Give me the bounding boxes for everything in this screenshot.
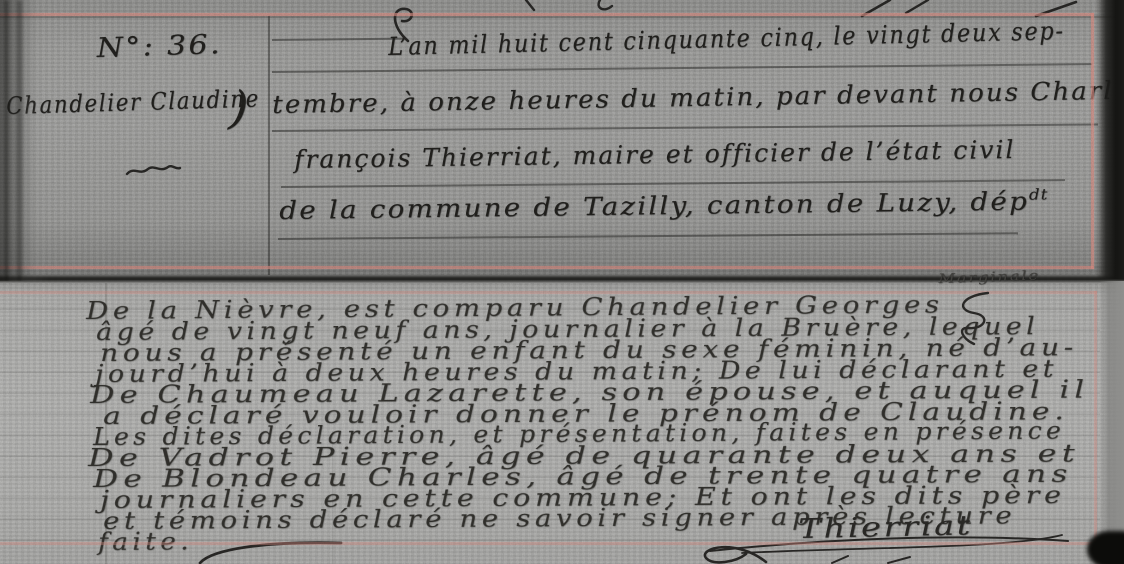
ink-marks-cut-bottom-edge	[828, 555, 918, 564]
margin-brace: )	[227, 80, 252, 136]
ruled-line	[272, 63, 1092, 72]
binding-streak	[5, 0, 8, 281]
ruled-line	[278, 232, 1018, 239]
highlight-frame-bottom	[0, 542, 1098, 545]
act-line-text: de la commune de Tazilly, canton de Luzy…	[279, 187, 1029, 225]
highlight-frame-right	[1094, 291, 1097, 546]
ink-flourish-paraph	[930, 290, 1000, 348]
superscript-abbreviation: dt	[1029, 185, 1049, 203]
binding-streak	[17, 0, 22, 281]
scan-gutter-black	[1096, 0, 1124, 279]
act-line: tembre, à onze heures du matin, par deva…	[272, 76, 1114, 119]
scan-strip-top: N°: 36. Chandelier Claudine ) L’an mil h…	[0, 0, 1124, 281]
margin-dash-mark	[124, 163, 184, 181]
highlight-frame-right	[1091, 13, 1094, 269]
act-line: françois Thierriat, maire et officier de…	[294, 135, 1016, 174]
ink-flourish-capital-swash	[384, 3, 428, 43]
ink-flourish-next-act	[688, 544, 778, 564]
margin-rule	[268, 16, 270, 281]
scan-gutter-gray	[1099, 281, 1124, 564]
act-line: L’an mil huit cent cinquante cinq, le vi…	[388, 16, 1065, 61]
scanned-register-page: N°: 36. Chandelier Claudine ) L’an mil h…	[0, 0, 1124, 564]
ruled-line	[272, 124, 1098, 132]
scan-artifact-black-blob	[1087, 531, 1124, 564]
margin-registered-name: Chandelier Claudine	[6, 84, 260, 120]
highlight-frame-top	[0, 13, 1094, 16]
act-line: de la commune de Tazilly, canton de Luzy…	[279, 185, 1049, 225]
highlight-frame-bottom	[0, 266, 1094, 269]
ink-marks-cut-top-edge	[500, 0, 1100, 20]
act-number: N°: 36.	[96, 29, 222, 64]
